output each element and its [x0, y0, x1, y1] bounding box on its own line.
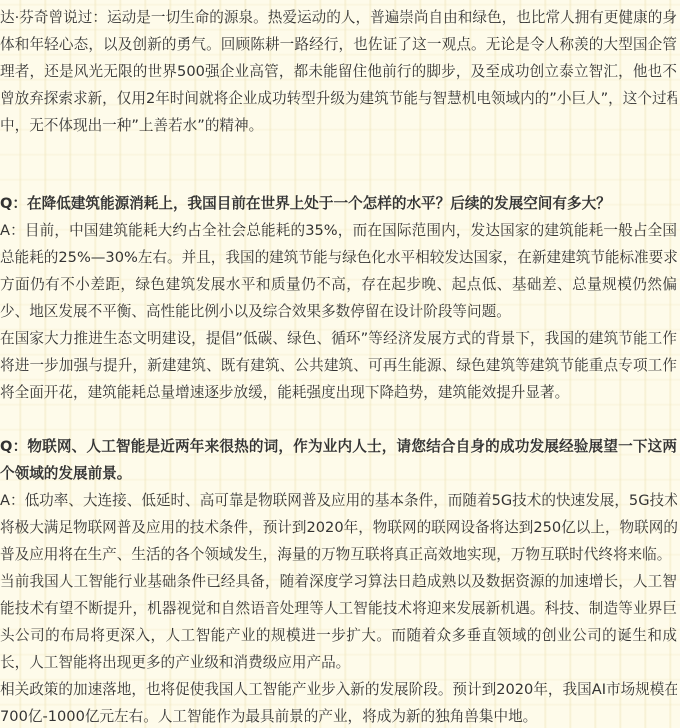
question-2: Q：物联网、人工智能是近两年来很热的词，作为业内人士，请您结合自身的成功发展经验… [0, 433, 680, 487]
article-body: 达·芬奇曾说过：运动是一切生命的源泉。热爱运动的人，普遍崇尚自由和绿色，也比常人… [0, 0, 680, 728]
text-line: 相关政策的加速落地，也将促使我国人工智能产业步入新的发展阶段。预计到2020年，… [0, 676, 677, 703]
text-line: 普及应用将在生产、生活的各个领域发生，海量的万物互联将真正高效地实现，万物互联时… [0, 541, 677, 568]
text-line: 达·芬奇曾说过：运动是一切生命的源泉。热爱运动的人，普遍崇尚自由和绿色，也比常人… [0, 4, 677, 31]
text-line: 在国家大力推进生态文明建设，提倡”低碳、绿色、循环”等经济发展方式的背景下，我国… [0, 325, 677, 352]
text-line: 理者，还是风光无限的世界500强企业高管，都未能留住他前行的脚步，及至成功创立泰… [0, 58, 677, 85]
text-line: 少、地区发展不平衡、高性能比例小以及综合效果多数停留在设计阶段等问题。 [0, 298, 677, 325]
text-line: 中，无不体现出一种”上善若水”的精神。 [0, 112, 677, 139]
question-line: Q：在降低建筑能源消耗上，我国目前在世界上处于一个怎样的水平？后续的发展空间有多… [0, 190, 677, 217]
text-line: 将进一步加强与提升，新建建筑、既有建筑、公共建筑、可再生能源、绿色建筑等建筑节能… [0, 352, 677, 379]
answer-2-followup-2: 相关政策的加速落地，也将促使我国人工智能产业步入新的发展阶段。预计到2020年，… [0, 676, 680, 728]
text-line: 曾放弃探索求新，仅用2年时间就将企业成功转型升级为建筑节能与智慧机电领域内的”小… [0, 85, 677, 112]
question-line: 个领域的发展前景。 [0, 460, 677, 487]
intro-paragraph: 达·芬奇曾说过：运动是一切生命的源泉。热爱运动的人，普遍崇尚自由和绿色，也比常人… [0, 4, 680, 139]
text-line: 方面仍有不小差距，绿色建筑发展水平和质量仍不高，存在起步晚、起点低、基础差、总量… [0, 271, 677, 298]
question-line: Q：物联网、人工智能是近两年来很热的词，作为业内人士，请您结合自身的成功发展经验… [0, 433, 677, 460]
paragraph-spacer [0, 406, 680, 433]
text-line: 700亿-1000亿元左右。人工智能作为最具前景的产业，将成为新的独角兽集中地。 [0, 703, 677, 728]
question-1: Q：在降低建筑能源消耗上，我国目前在世界上处于一个怎样的水平？后续的发展空间有多… [0, 190, 680, 217]
text-line: 头公司的布局将更深入，人工智能产业的规模进一步扩大。而随着众多垂直领域的创业公司… [0, 622, 677, 649]
paragraph-spacer [0, 139, 680, 190]
answer-1-followup: 在国家大力推进生态文明建设，提倡”低碳、绿色、循环”等经济发展方式的背景下，我国… [0, 325, 680, 406]
text-line: 总能耗的25%—30%左右。并且，我国的建筑节能与绿色化水平相较发达国家，在新建… [0, 244, 677, 271]
text-line: 将极大满足物联网普及应用的技术条件，预计到2020年，物联网的联网设备将达到25… [0, 514, 677, 541]
text-line: 体和年轻心态，以及创新的勇气。回顾陈耕一路经行，也佐证了这一观点。无论是令人称羡… [0, 31, 677, 58]
text-line: 当前我国人工智能行业基础条件已经具备，随着深度学习算法日趋成熟以及数据资源的加速… [0, 568, 677, 595]
text-line: 长，人工智能将出现更多的产业级和消费级应用产品。 [0, 649, 677, 676]
text-line: 将全面开花，建筑能耗总量增速逐步放缓，能耗强度出现下降趋势，建筑能效提升显著。 [0, 379, 677, 406]
text-line: A：目前，中国建筑能耗大约占全社会总能耗的35%，而在国际范围内，发达国家的建筑… [0, 217, 677, 244]
answer-2: A：低功率、大连接、低延时、高可靠是物联网普及应用的基本条件，而随着5G技术的快… [0, 487, 680, 568]
answer-2-followup-1: 当前我国人工智能行业基础条件已经具备，随着深度学习算法日趋成熟以及数据资源的加速… [0, 568, 680, 676]
answer-1: A：目前，中国建筑能耗大约占全社会总能耗的35%，而在国际范围内，发达国家的建筑… [0, 217, 680, 325]
text-line: 能技术有望不断提升，机器视觉和自然语音处理等人工智能技术将迎来发展新机遇。科技、… [0, 595, 677, 622]
text-line: A：低功率、大连接、低延时、高可靠是物联网普及应用的基本条件，而随着5G技术的快… [0, 487, 677, 514]
